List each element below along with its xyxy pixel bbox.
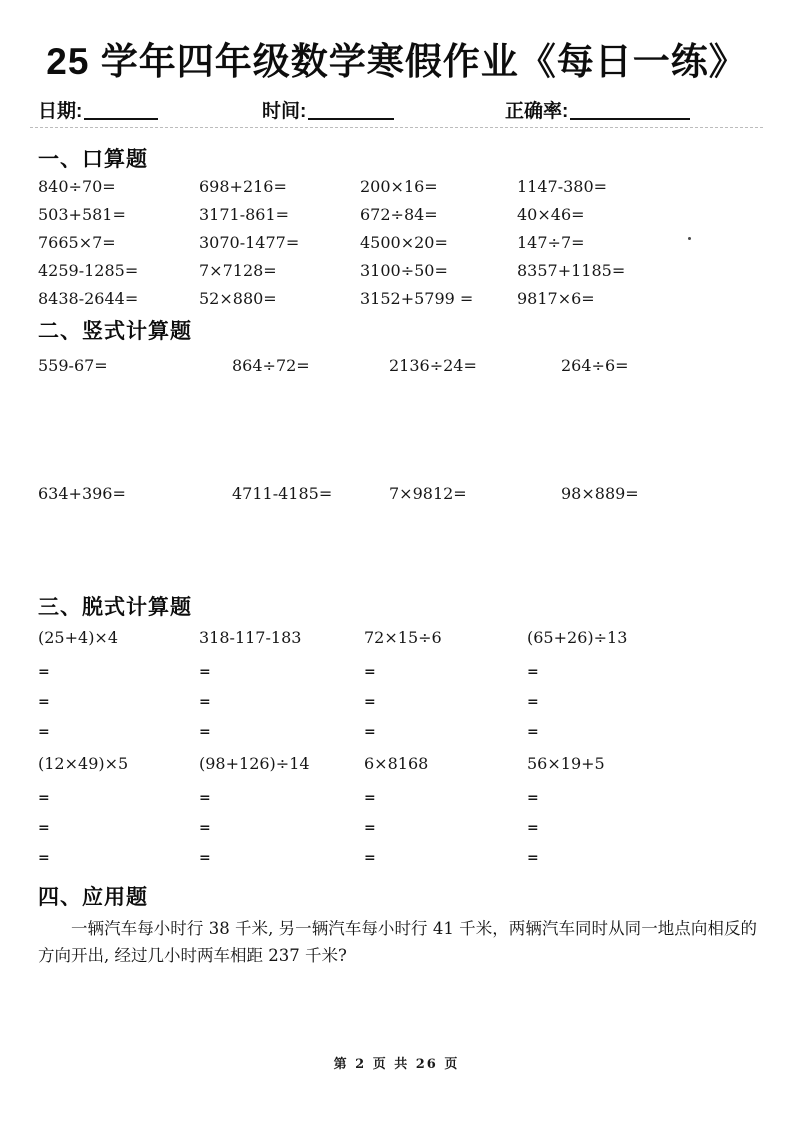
oral-problem: 200×16= (360, 173, 517, 201)
section-heading-oral: 一、口算题 (38, 143, 148, 173)
equals-sign: = (527, 819, 755, 837)
oral-problem: 3100÷50= (360, 257, 517, 285)
offtype-problem: 6×8168 (364, 753, 527, 775)
accuracy-blank-line (570, 104, 690, 120)
offtype-problem: (12×49)×5 (38, 753, 199, 775)
oral-problem: 3070-1477= (199, 229, 360, 257)
worksheet-page: 25 学年四年级数学寒假作业《每日一练》 日期: 时间: 正确率: 一、口算题 … (0, 0, 793, 1122)
scan-speck (688, 237, 691, 240)
offtype-problem: 318-117-183 (199, 627, 364, 649)
equals-sign: = (199, 789, 364, 807)
equals-sign: = (527, 663, 755, 681)
equals-sign: = (199, 849, 364, 867)
word-problem-text: 一辆汽车每小时行 38 千米, 另一辆汽车每小时行 41 千米，两辆汽车同时从同… (38, 915, 757, 969)
equals-sign: = (364, 693, 527, 711)
vertical-problem: 7×9812= (389, 480, 561, 508)
section-heading-vertical: 二、竖式计算题 (38, 315, 192, 345)
header-divider-line (30, 127, 763, 128)
equals-sign: = (38, 663, 199, 681)
vertical-problem: 864÷72= (232, 352, 389, 380)
equals-sign: = (527, 789, 755, 807)
equals-sign: = (527, 723, 755, 741)
date-field: 日期: (38, 96, 158, 123)
equals-sign: = (199, 693, 364, 711)
oral-problem: 840÷70= (38, 173, 199, 201)
offtype-group-1: (25+4)×4 318-117-183 72×15÷6 (65+26)÷13 … (38, 627, 755, 753)
oral-problem: 4259-1285= (38, 257, 199, 285)
equals-sign: = (364, 819, 527, 837)
vertical-problem: 559-67= (38, 352, 232, 380)
time-label: 时间: (262, 101, 306, 122)
equals-sign: = (199, 663, 364, 681)
oral-problem: 8438-2644= (38, 285, 199, 313)
oral-problem: 40×46= (517, 201, 755, 229)
oral-problem: 672÷84= (360, 201, 517, 229)
vertical-problem: 2136÷24= (389, 352, 561, 380)
vertical-problem: 4711-4185= (232, 480, 389, 508)
equals-sign: = (364, 849, 527, 867)
vertical-problems-row-2: 634+396= 4711-4185= 7×9812= 98×889= (38, 480, 755, 508)
equals-sign: = (38, 849, 199, 867)
equals-sign: = (38, 723, 199, 741)
oral-problem: 52×880= (199, 285, 360, 313)
section-heading-offtype: 三、脱式计算题 (38, 591, 192, 621)
equals-sign: = (199, 819, 364, 837)
date-blank-line (84, 104, 158, 120)
equals-sign: = (364, 723, 527, 741)
oral-problem: 147÷7= (517, 229, 755, 257)
equals-sign: = (38, 819, 199, 837)
offtype-problem: 56×19+5 (527, 753, 755, 775)
equals-sign: = (527, 693, 755, 711)
equals-sign: = (364, 789, 527, 807)
accuracy-label: 正确率: (505, 101, 568, 122)
offtype-problem: (65+26)÷13 (527, 627, 755, 649)
oral-problem: 3152+5799 = (360, 285, 517, 313)
offtype-problem: 72×15÷6 (364, 627, 527, 649)
time-field: 时间: (262, 96, 394, 123)
page-title: 25 学年四年级数学寒假作业《每日一练》 (0, 40, 793, 84)
date-label: 日期: (38, 101, 82, 122)
oral-problem: 7665×7= (38, 229, 199, 257)
oral-problem: 4500×20= (360, 229, 517, 257)
vertical-problem: 98×889= (561, 480, 755, 508)
oral-problem: 503+581= (38, 201, 199, 229)
oral-problem: 3171-861= (199, 201, 360, 229)
vertical-problem: 634+396= (38, 480, 232, 508)
time-blank-line (308, 104, 394, 120)
header-fields: 日期: 时间: 正确率: (38, 96, 755, 126)
page-number-footer: 第 2 页 共 26 页 (0, 1053, 793, 1072)
vertical-problems-row-1: 559-67= 864÷72= 2136÷24= 264÷6= (38, 352, 755, 380)
oral-problem: 698+216= (199, 173, 360, 201)
vertical-problem: 264÷6= (561, 352, 755, 380)
oral-problem: 9817×6= (517, 285, 755, 313)
equals-sign: = (527, 849, 755, 867)
equals-sign: = (38, 693, 199, 711)
oral-problems-grid: 840÷70= 698+216= 200×16= 1147-380= 503+5… (38, 173, 755, 313)
equals-sign: = (364, 663, 527, 681)
oral-problem: 8357+1185= (517, 257, 755, 285)
oral-problem: 1147-380= (517, 173, 755, 201)
accuracy-field: 正确率: (505, 96, 690, 123)
section-heading-word: 四、应用题 (38, 881, 148, 911)
equals-sign: = (38, 789, 199, 807)
offtype-group-2: (12×49)×5 (98+126)÷14 6×8168 56×19+5 = =… (38, 753, 755, 879)
offtype-problem: (25+4)×4 (38, 627, 199, 649)
offtype-problem: (98+126)÷14 (199, 753, 364, 775)
equals-sign: = (199, 723, 364, 741)
oral-problem: 7×7128= (199, 257, 360, 285)
